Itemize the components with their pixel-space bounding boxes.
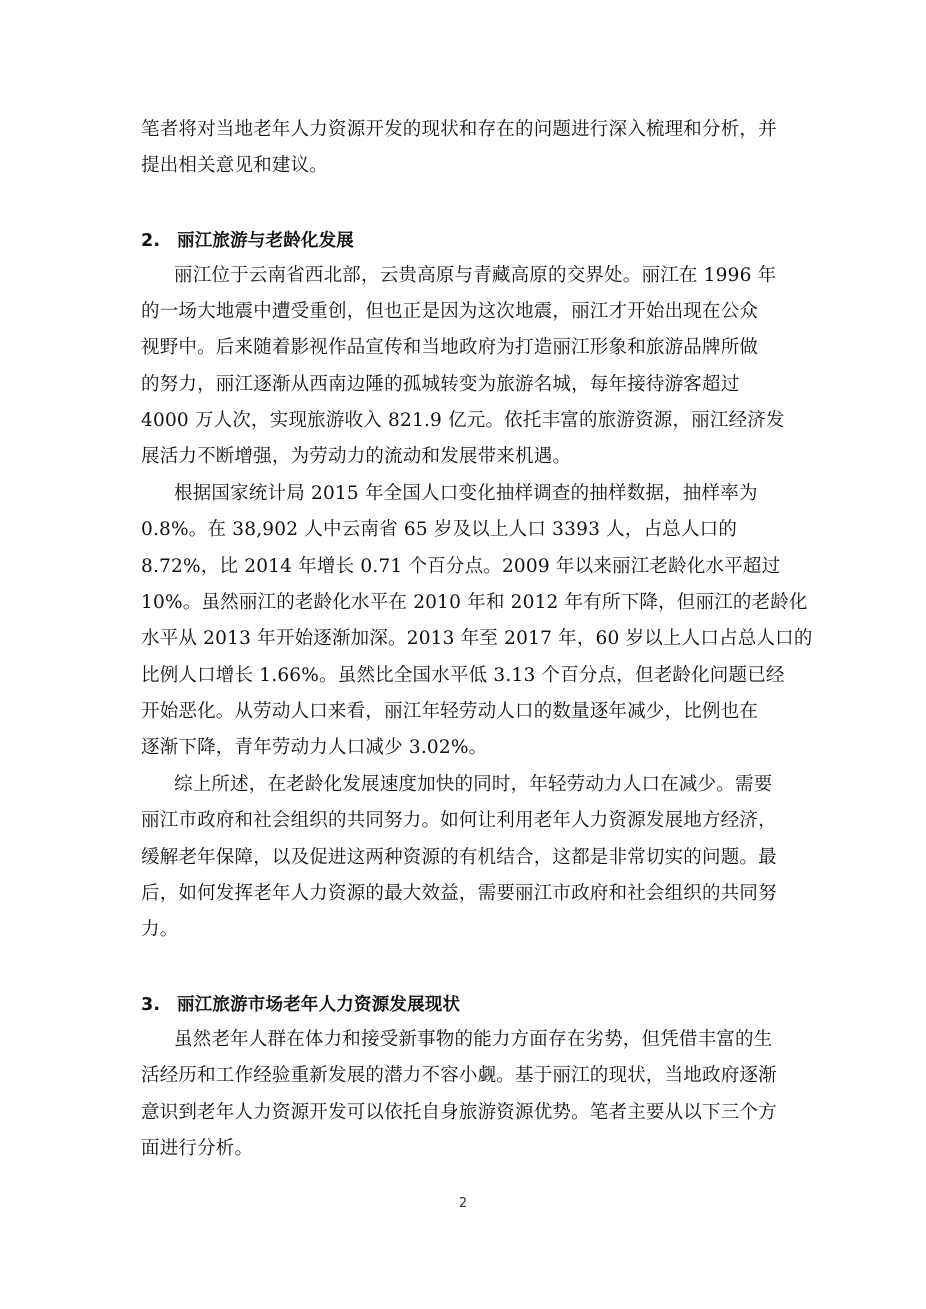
paragraph-line: 面进行分析。 bbox=[141, 1137, 253, 1161]
paragraph-line: 逐渐下降，青年劳动力人口减少 3.02%。 bbox=[141, 736, 487, 760]
paragraph-line: 8.72%，比 2014 年增长 0.71 个百分点。2009 年以来丽江老龄化… bbox=[141, 555, 780, 579]
paragraph-line: 意识到老年人力资源开发可以依托自身旅游资源优势。笔者主要从以下三个方 bbox=[141, 1101, 777, 1125]
paragraph-line: 的一场大地震中遭受重创，但也正是因为这次地震，丽江才开始出现在公众 bbox=[141, 300, 758, 324]
paragraph-line: 4000 万人次，实现旅游收入 821.9 亿元。依托丰富的旅游资源，丽江经济发 bbox=[141, 409, 785, 433]
section-title: 丽江旅游与老龄化发展 bbox=[177, 231, 354, 251]
paragraph-line: 0.8%。在 38,902 人中云南省 65 岁及以上人口 3393 人，占总人… bbox=[141, 518, 737, 542]
page-number: 2 bbox=[0, 1196, 926, 1211]
paragraph-line: 开始恶化。从劳动人口来看，丽江年轻劳动人口的数量逐年减少，比例也在 bbox=[141, 700, 758, 724]
intro-line: 笔者将对当地老年人力资源开发的现状和存在的问题进行深入梳理和分析，并 bbox=[141, 118, 777, 142]
section-number: 3. bbox=[141, 993, 177, 1017]
paragraph-line: 丽江市政府和社会组织的共同努力。如何让利用老年人力资源发展地方经济， bbox=[141, 809, 777, 833]
paragraph-line: 视野中。后来随着影视作品宣传和当地政府为打造丽江形象和旅游品牌所做 bbox=[141, 336, 758, 360]
document-page: 笔者将对当地老年人力资源开发的现状和存在的问题进行深入梳理和分析，并 提出相关意… bbox=[0, 0, 926, 1309]
paragraph-line: 水平从 2013 年开始逐渐加深。2013 年至 2017 年，60 岁以上人口… bbox=[141, 627, 813, 651]
paragraph-line: 力。 bbox=[141, 918, 178, 942]
paragraph-line: 展活力不断增强，为劳动力的流动和发展带来机遇。 bbox=[141, 445, 571, 469]
section-number: 2. bbox=[141, 229, 177, 253]
paragraph-line: 活经历和工作经验重新发展的潜力不容小觑。基于丽江的现状，当地政府逐渐 bbox=[141, 1064, 777, 1088]
paragraph-line: 综上所述，在老龄化发展速度加快的同时，年轻劳动力人口在减少。需要 bbox=[174, 773, 772, 797]
paragraph-line: 10%。虽然丽江的老龄化水平在 2010 年和 2012 年有所下降，但丽江的老… bbox=[141, 591, 808, 615]
section-title: 丽江旅游市场老年人力资源发展现状 bbox=[177, 995, 460, 1015]
paragraph-line: 比例人口增长 1.66%。虽然比全国水平低 3.13 个百分点，但老龄化问题已经 bbox=[141, 664, 785, 688]
paragraph-line: 丽江位于云南省西北部，云贵高原与青藏高原的交界处。丽江在 1996 年 bbox=[174, 264, 776, 288]
paragraph-line: 的努力，丽江逐渐从西南边陲的孤城转变为旅游名城，每年接待游客超过 bbox=[141, 373, 739, 397]
paragraph-line: 虽然老年人群在体力和接受新事物的能力方面存在劣势，但凭借丰富的生 bbox=[174, 1028, 772, 1052]
paragraph-line: 缓解老年保障，以及促进这两种资源的有机结合，这都是非常切实的问题。最 bbox=[141, 846, 777, 870]
paragraph-line: 根据国家统计局 2015 年全国人口变化抽样调查的抽样数据，抽样率为 bbox=[174, 482, 758, 506]
paragraph-line: 后，如何发挥老年人力资源的最大效益，需要丽江市政府和社会组织的共同努 bbox=[141, 882, 777, 906]
intro-line: 提出相关意见和建议。 bbox=[141, 154, 328, 178]
section-heading-3: 3.丽江旅游市场老年人力资源发展现状 bbox=[141, 993, 460, 1017]
section-heading-2: 2.丽江旅游与老龄化发展 bbox=[141, 229, 354, 253]
